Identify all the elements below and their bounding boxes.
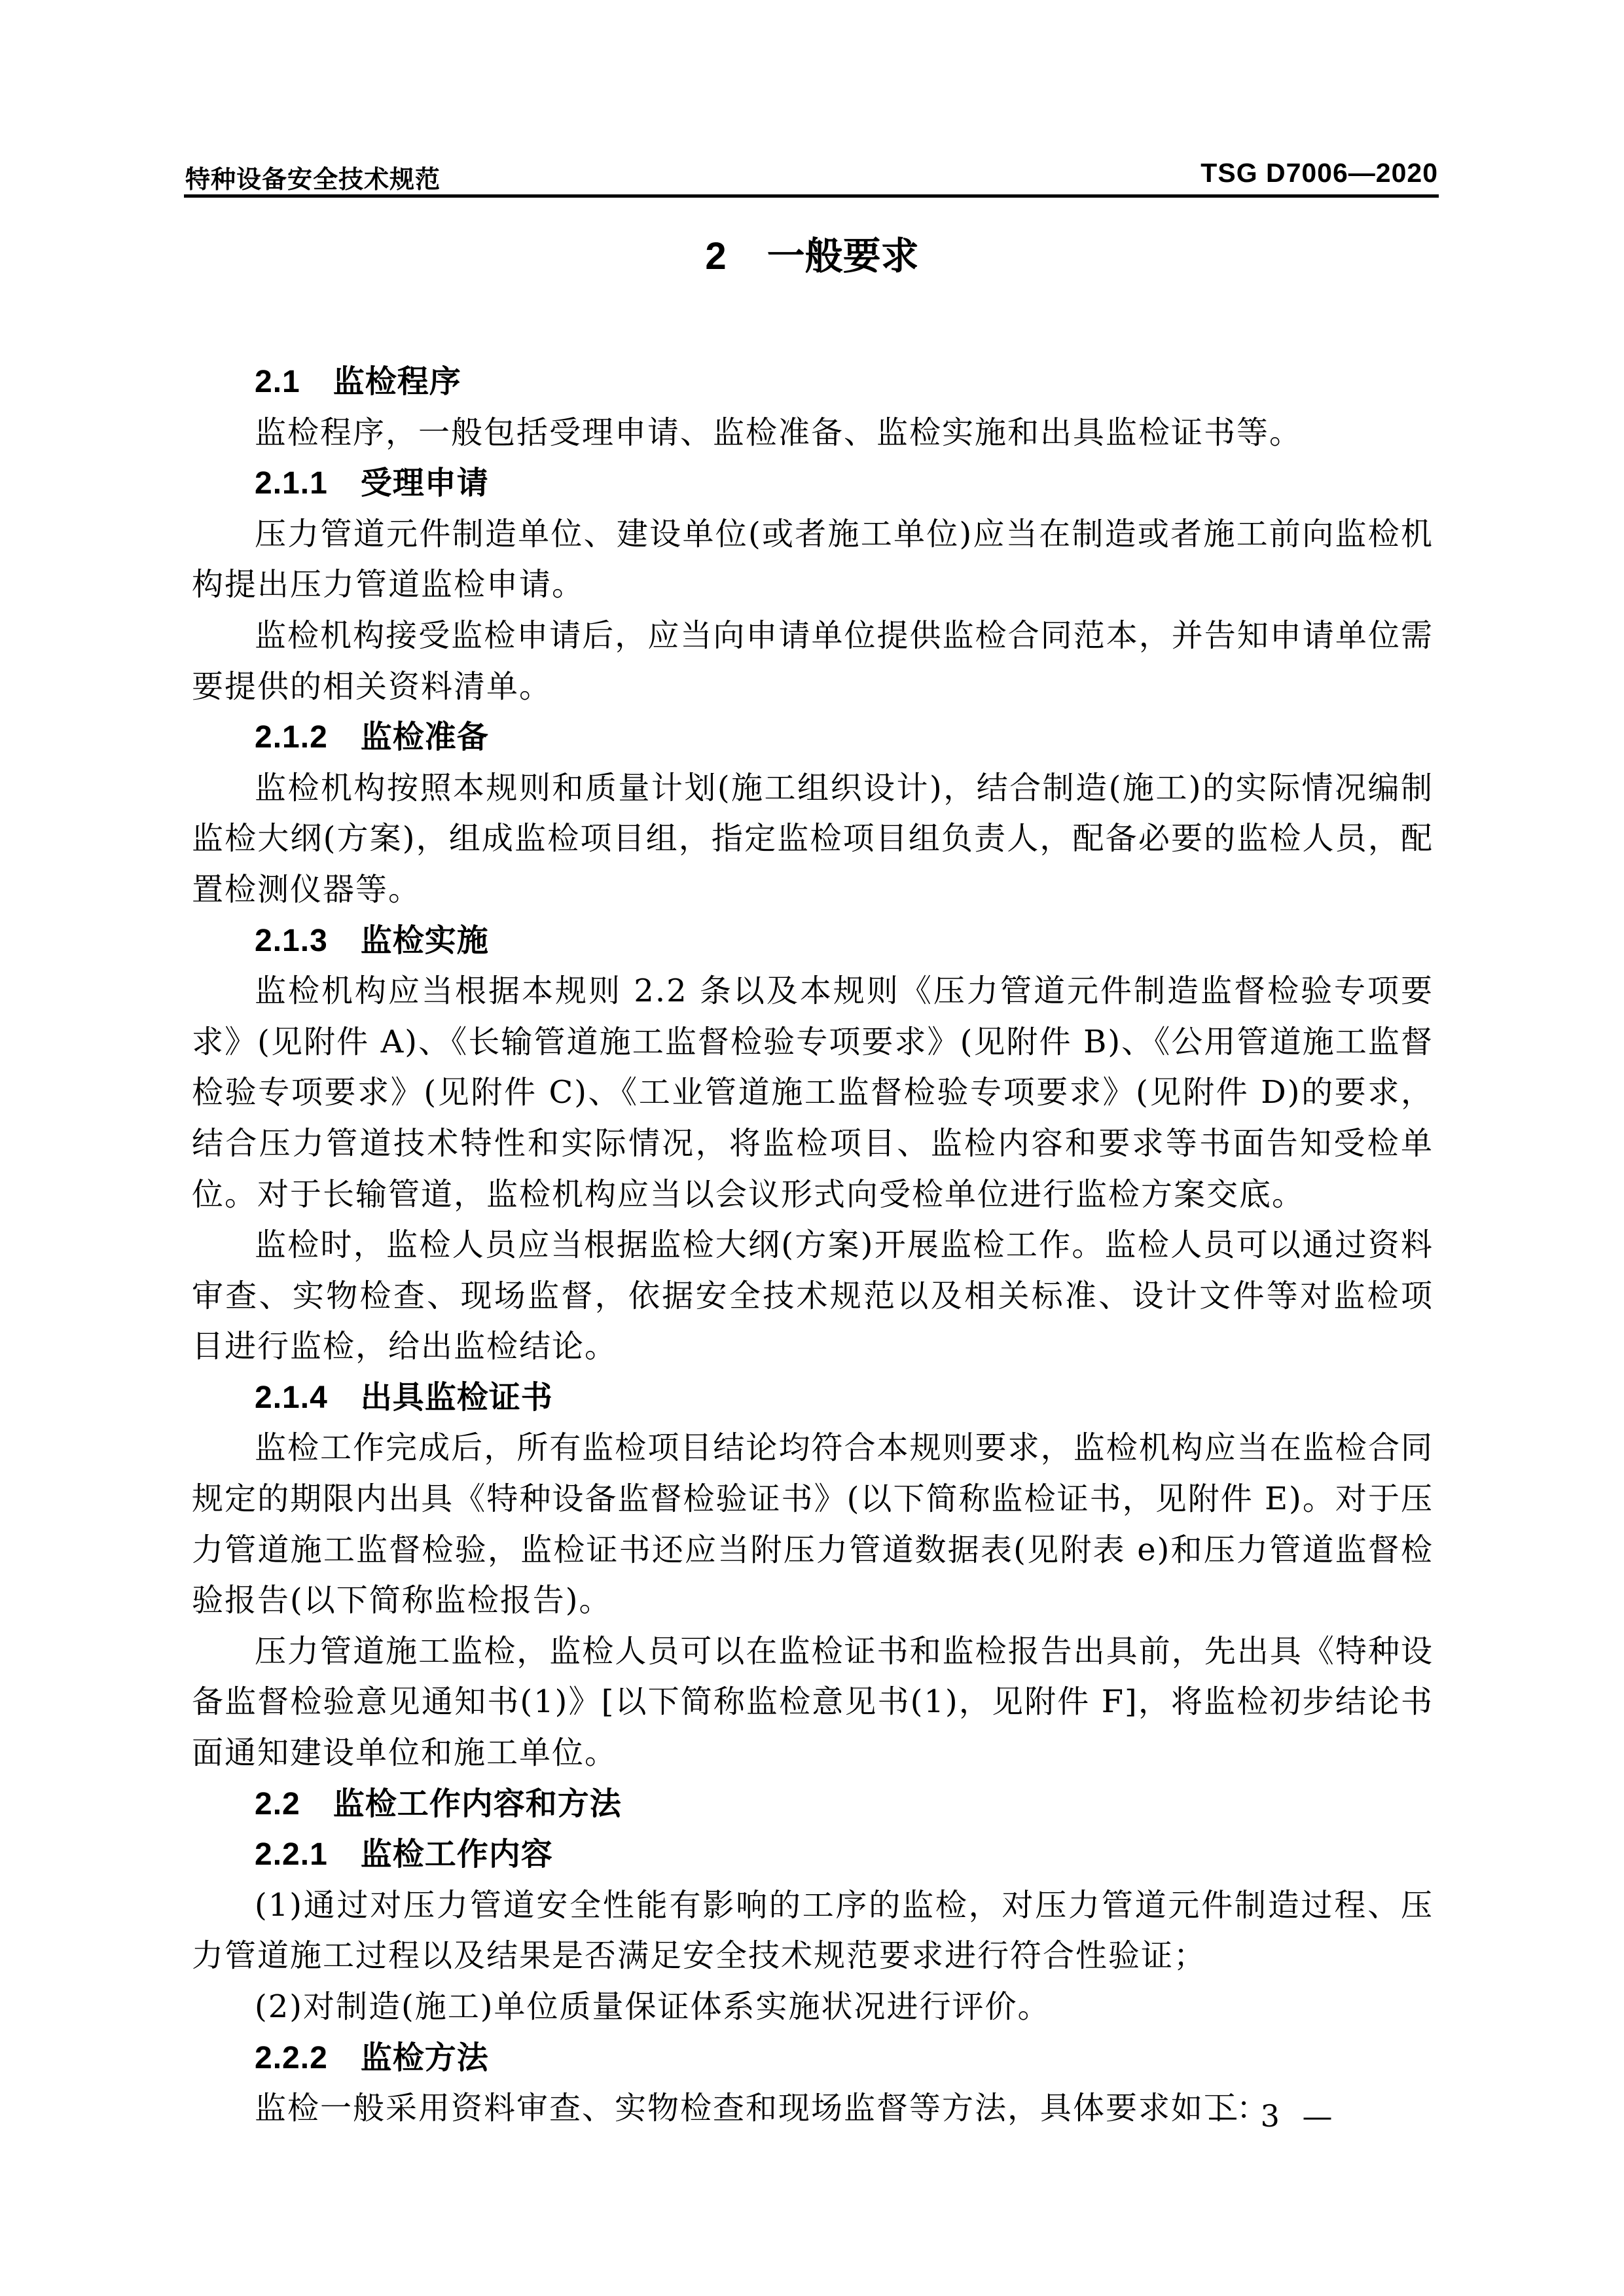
body-paragraph: 压力管道施工监检，监检人员可以在监检证书和监检报告出具前，先出具《特种设备监督检…: [192, 1626, 1434, 1779]
chapter-title-text: 一般要求: [767, 235, 919, 278]
body-paragraph: 监检机构按照本规则和质量计划(施工组织设计)，结合制造(施工)的实际情况编制监检…: [192, 763, 1434, 916]
section-number: 2.1.3: [255, 924, 328, 958]
section-title: 监检工作内容: [361, 1837, 553, 1872]
document-code: TSG D7006—2020: [1200, 158, 1438, 188]
section-heading: 2.2.1监检工作内容: [192, 1829, 1434, 1880]
section-heading: 2.1.3监检实施: [192, 916, 1434, 967]
section-title: 受理申请: [361, 466, 489, 501]
section-heading: 2.2.2监检方法: [192, 2033, 1434, 2084]
section-heading: 2.1.4出具监检证书: [192, 1372, 1434, 1424]
page-title: 2一般要求: [0, 233, 1624, 280]
section-number: 2.2.1: [255, 1837, 328, 1872]
section-number: 2.2: [255, 1787, 300, 1821]
page-number: — 3 —: [1208, 2098, 1333, 2134]
section-heading: 2.1.2监检准备: [192, 712, 1434, 763]
body-paragraph: 监检工作完成后，所有监检项目结论均符合本规则要求，监检机构应当在监检合同规定的期…: [192, 1423, 1434, 1626]
section-heading: 2.2监检工作内容和方法: [192, 1779, 1434, 1830]
body-paragraph: (1)通过对压力管道安全性能有影响的工序的监检，对压力管道元件制造过程、压力管道…: [192, 1880, 1434, 1982]
section-title: 监检实施: [361, 924, 489, 958]
section-heading: 2.1监检程序: [192, 357, 1434, 408]
document-header-title: 特种设备安全技术规范: [185, 159, 441, 195]
section-number: 2.1.1: [255, 466, 328, 501]
section-title: 监检程序: [333, 365, 461, 399]
body-paragraph: 监检机构应当根据本规则 2.2 条以及本规则《压力管道元件制造监督检验专项要求》…: [192, 966, 1434, 1220]
document-page: 特种设备安全技术规范 TSG D7006—2020 2一般要求 2.1监检程序监…: [0, 0, 1624, 2296]
body-paragraph: 监检程序，一般包括受理申请、监检准备、监检实施和出具监检证书等。: [192, 408, 1434, 459]
body-paragraph: 压力管道元件制造单位、建设单位(或者施工单位)应当在制造或者施工前向监检机构提出…: [192, 509, 1434, 611]
section-title: 监检准备: [361, 720, 489, 755]
section-number: 2.1: [255, 365, 300, 399]
document-body: 2.1监检程序监检程序，一般包括受理申请、监检准备、监检实施和出具监检证书等。2…: [192, 357, 1434, 2134]
section-title: 出具监检证书: [361, 1380, 553, 1415]
section-title: 监检方法: [361, 2041, 489, 2075]
body-paragraph: (2)对制造(施工)单位质量保证体系实施状况进行评价。: [192, 1982, 1434, 2033]
chapter-number: 2: [705, 235, 726, 278]
body-paragraph: 监检时，监检人员应当根据监检大纲(方案)开展监检工作。监检人员可以通过资料审查、…: [192, 1220, 1434, 1372]
body-paragraph: 监检机构接受监检申请后，应当向申请单位提供监检合同范本，并告知申请单位需要提供的…: [192, 611, 1434, 712]
header-rule-divider: [184, 194, 1439, 198]
section-title: 监检工作内容和方法: [333, 1787, 622, 1821]
section-heading: 2.1.1受理申请: [192, 458, 1434, 509]
section-number: 2.1.2: [255, 720, 328, 755]
section-number: 2.2.2: [255, 2041, 328, 2075]
section-number: 2.1.4: [255, 1380, 328, 1415]
